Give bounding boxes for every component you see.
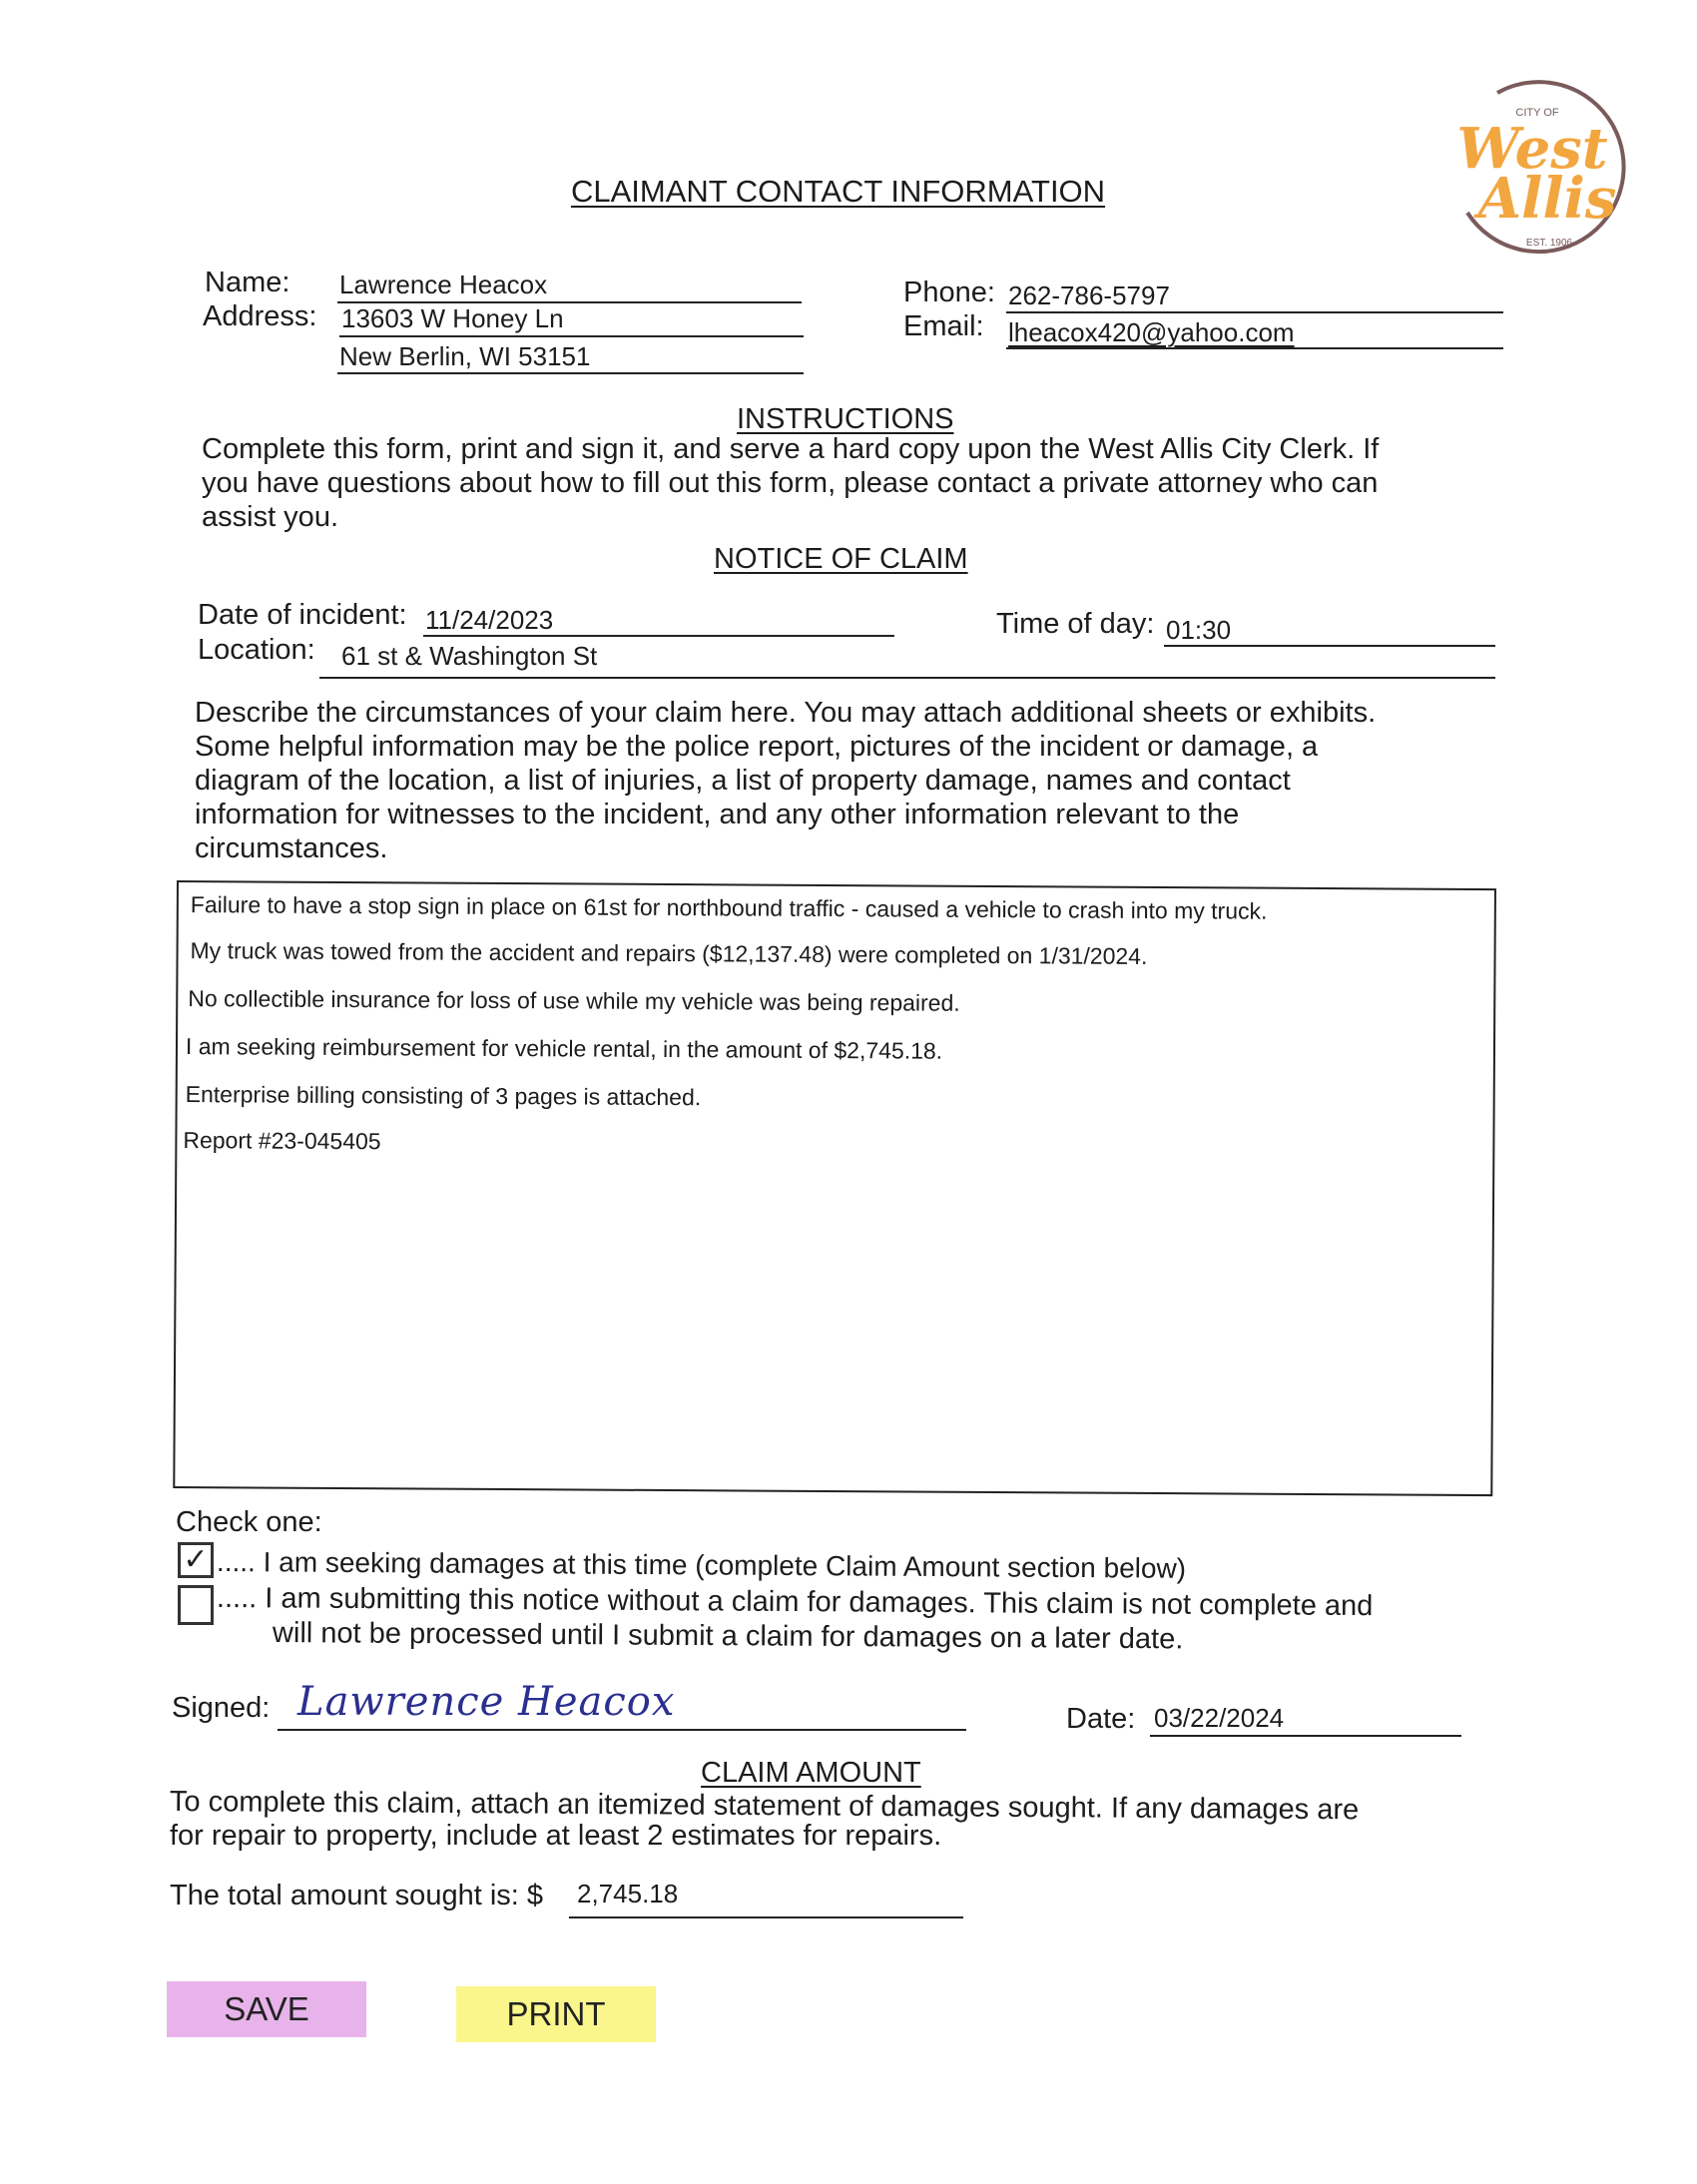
circumstances-entry: I am seeking reimbursement for vehicle r… bbox=[186, 1032, 942, 1065]
no-damages-text-continued: will not be processed until I submit a c… bbox=[273, 1616, 1184, 1656]
circumstances-entry: Report #23-045405 bbox=[183, 1126, 380, 1155]
circumstances-prompt: Describe the circumstances of your claim… bbox=[195, 696, 1492, 865]
page-title: CLAIMANT CONTACT INFORMATION bbox=[571, 174, 1105, 210]
svg-text:Allis: Allis bbox=[1473, 166, 1617, 232]
prompt-line: Describe the circumstances of your claim… bbox=[195, 696, 1492, 730]
prompt-line: information for witnesses to the inciden… bbox=[195, 798, 1492, 831]
logo-ring-icon: CITY OF West Allis EST. 1906 bbox=[1437, 68, 1637, 268]
signature-date-value: 03/22/2024 bbox=[1154, 1703, 1284, 1734]
address-line2-value: New Berlin, WI 53151 bbox=[339, 341, 590, 372]
total-amount-field[interactable]: 2,745.18 bbox=[569, 1877, 963, 1918]
svg-text:EST. 1906: EST. 1906 bbox=[1526, 238, 1573, 249]
location-value: 61 st & Washington St bbox=[341, 641, 597, 672]
name-label: Name: bbox=[205, 266, 289, 299]
signed-label: Signed: bbox=[172, 1691, 270, 1725]
location-label: Location: bbox=[198, 633, 315, 667]
prompt-line: circumstances. bbox=[195, 831, 1492, 865]
address-line1-value: 13603 W Honey Ln bbox=[341, 303, 564, 334]
notice-heading: NOTICE OF CLAIM bbox=[714, 542, 968, 576]
address-label: Address: bbox=[203, 299, 316, 333]
address-line1-field[interactable]: 13603 W Honey Ln bbox=[339, 299, 804, 337]
email-field[interactable]: lheacox420@yahoo.com bbox=[1006, 311, 1503, 349]
address-line2-field[interactable]: New Berlin, WI 53151 bbox=[337, 336, 804, 374]
circumstances-textarea[interactable]: Failure to have a stop sign in place on … bbox=[173, 880, 1496, 1496]
no-damages-checkbox[interactable] bbox=[178, 1585, 214, 1625]
signature-value: Lawrence Heacox bbox=[297, 1679, 675, 1725]
instructions-line: Complete this form, print and sign it, a… bbox=[202, 432, 1499, 466]
instructions-line: assist you. bbox=[202, 500, 1499, 534]
signature-date-field[interactable]: 03/22/2024 bbox=[1150, 1699, 1461, 1737]
total-amount-value: 2,745.18 bbox=[577, 1879, 678, 1910]
city-logo: CITY OF West Allis EST. 1906 bbox=[1437, 68, 1637, 268]
seeking-damages-text: ..... I am seeking damages at this time … bbox=[217, 1546, 1186, 1585]
checkmark-icon: ✓ bbox=[183, 1543, 208, 1576]
incident-date-value: 11/24/2023 bbox=[425, 605, 553, 636]
signature-field[interactable]: Lawrence Heacox bbox=[278, 1675, 966, 1731]
signature-date-label: Date: bbox=[1066, 1702, 1135, 1736]
name-value: Lawrence Heacox bbox=[339, 270, 547, 300]
save-button[interactable]: SAVE bbox=[167, 1981, 366, 2037]
phone-field[interactable]: 262-786-5797 bbox=[1006, 275, 1503, 313]
email-value: lheacox420@yahoo.com bbox=[1008, 317, 1295, 348]
instructions-line: you have questions about how to fill out… bbox=[202, 466, 1499, 500]
claim-amount-text: To complete this claim, attach an itemiz… bbox=[170, 1785, 1437, 1853]
time-of-day-label: Time of day: bbox=[996, 607, 1154, 641]
phone-value: 262-786-5797 bbox=[1008, 280, 1170, 311]
check-one-label: Check one: bbox=[176, 1505, 322, 1539]
prompt-line: diagram of the location, a list of injur… bbox=[195, 764, 1492, 798]
incident-date-label: Date of incident: bbox=[198, 598, 407, 632]
seeking-damages-checkbox[interactable]: ✓ bbox=[178, 1542, 214, 1578]
circumstances-entry: My truck was towed from the accident and… bbox=[190, 936, 1147, 970]
prompt-line: Some helpful information may be the poli… bbox=[195, 730, 1492, 764]
circumstances-entry: No collectible insurance for loss of use… bbox=[188, 984, 960, 1017]
print-button[interactable]: PRINT bbox=[456, 1986, 656, 2042]
instructions-text: Complete this form, print and sign it, a… bbox=[202, 432, 1499, 534]
phone-label: Phone: bbox=[903, 275, 995, 309]
incident-date-field[interactable]: 11/24/2023 bbox=[423, 599, 894, 637]
name-field[interactable]: Lawrence Heacox bbox=[337, 266, 802, 303]
location-field[interactable]: 61 st & Washington St bbox=[319, 641, 1495, 679]
total-amount-label: The total amount sought is: $ bbox=[170, 1879, 543, 1912]
circumstances-entry: Failure to have a stop sign in place on … bbox=[191, 890, 1268, 925]
instructions-heading: INSTRUCTIONS bbox=[737, 402, 954, 436]
email-label: Email: bbox=[903, 309, 984, 343]
circumstances-entry: Enterprise billing consisting of 3 pages… bbox=[186, 1080, 702, 1111]
